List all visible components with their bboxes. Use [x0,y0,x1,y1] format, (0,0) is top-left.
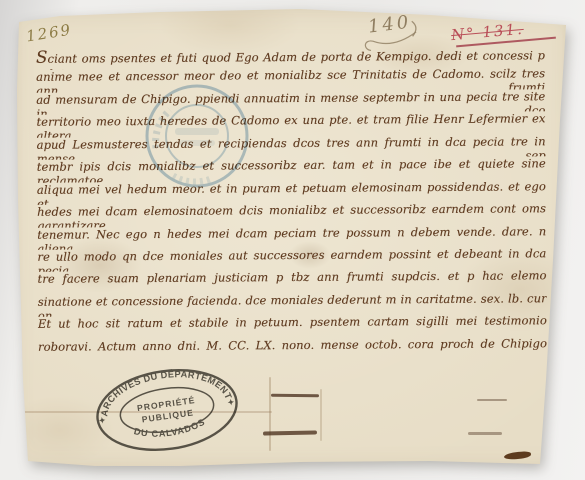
seal-slit-right-top [477,399,507,401]
photo-backdrop: 1269 140 N° 131. Sciant oms psentes et f… [0,0,585,480]
stamp-separator-right: ✦ [227,398,235,408]
blue-stamp-center-marks [175,128,219,135]
annotation-folio-number: 140 [367,11,413,37]
stamp-separator-left: ✦ [98,416,106,426]
fold-crease-vertical-left [269,377,271,451]
seal-slit-right-bottom [468,432,502,435]
blue-stamp-inner-ring [166,105,228,167]
fold-crease-vertical-right [320,389,322,441]
parchment-shadow: 1269 140 N° 131. Sciant oms psentes et f… [0,0,585,480]
manuscript-line: roboravi. Actum anno dni. M. CC. LX. non… [38,336,547,362]
blue-stamp-center-marks [179,140,215,146]
blue-stamp-outer-ring [147,86,247,186]
seal-slit-left-top [271,394,319,398]
blue-stamp-arc-marks [156,110,170,148]
parchment-charter: 1269 140 N° 131. Sciant oms psentes et f… [0,0,585,480]
blue-round-stamp [139,78,255,194]
blue-stamp-arc-marks [173,176,213,182]
manuscript-text-block: Sciant oms psentes et futi quod Ego Adam… [36,44,547,362]
